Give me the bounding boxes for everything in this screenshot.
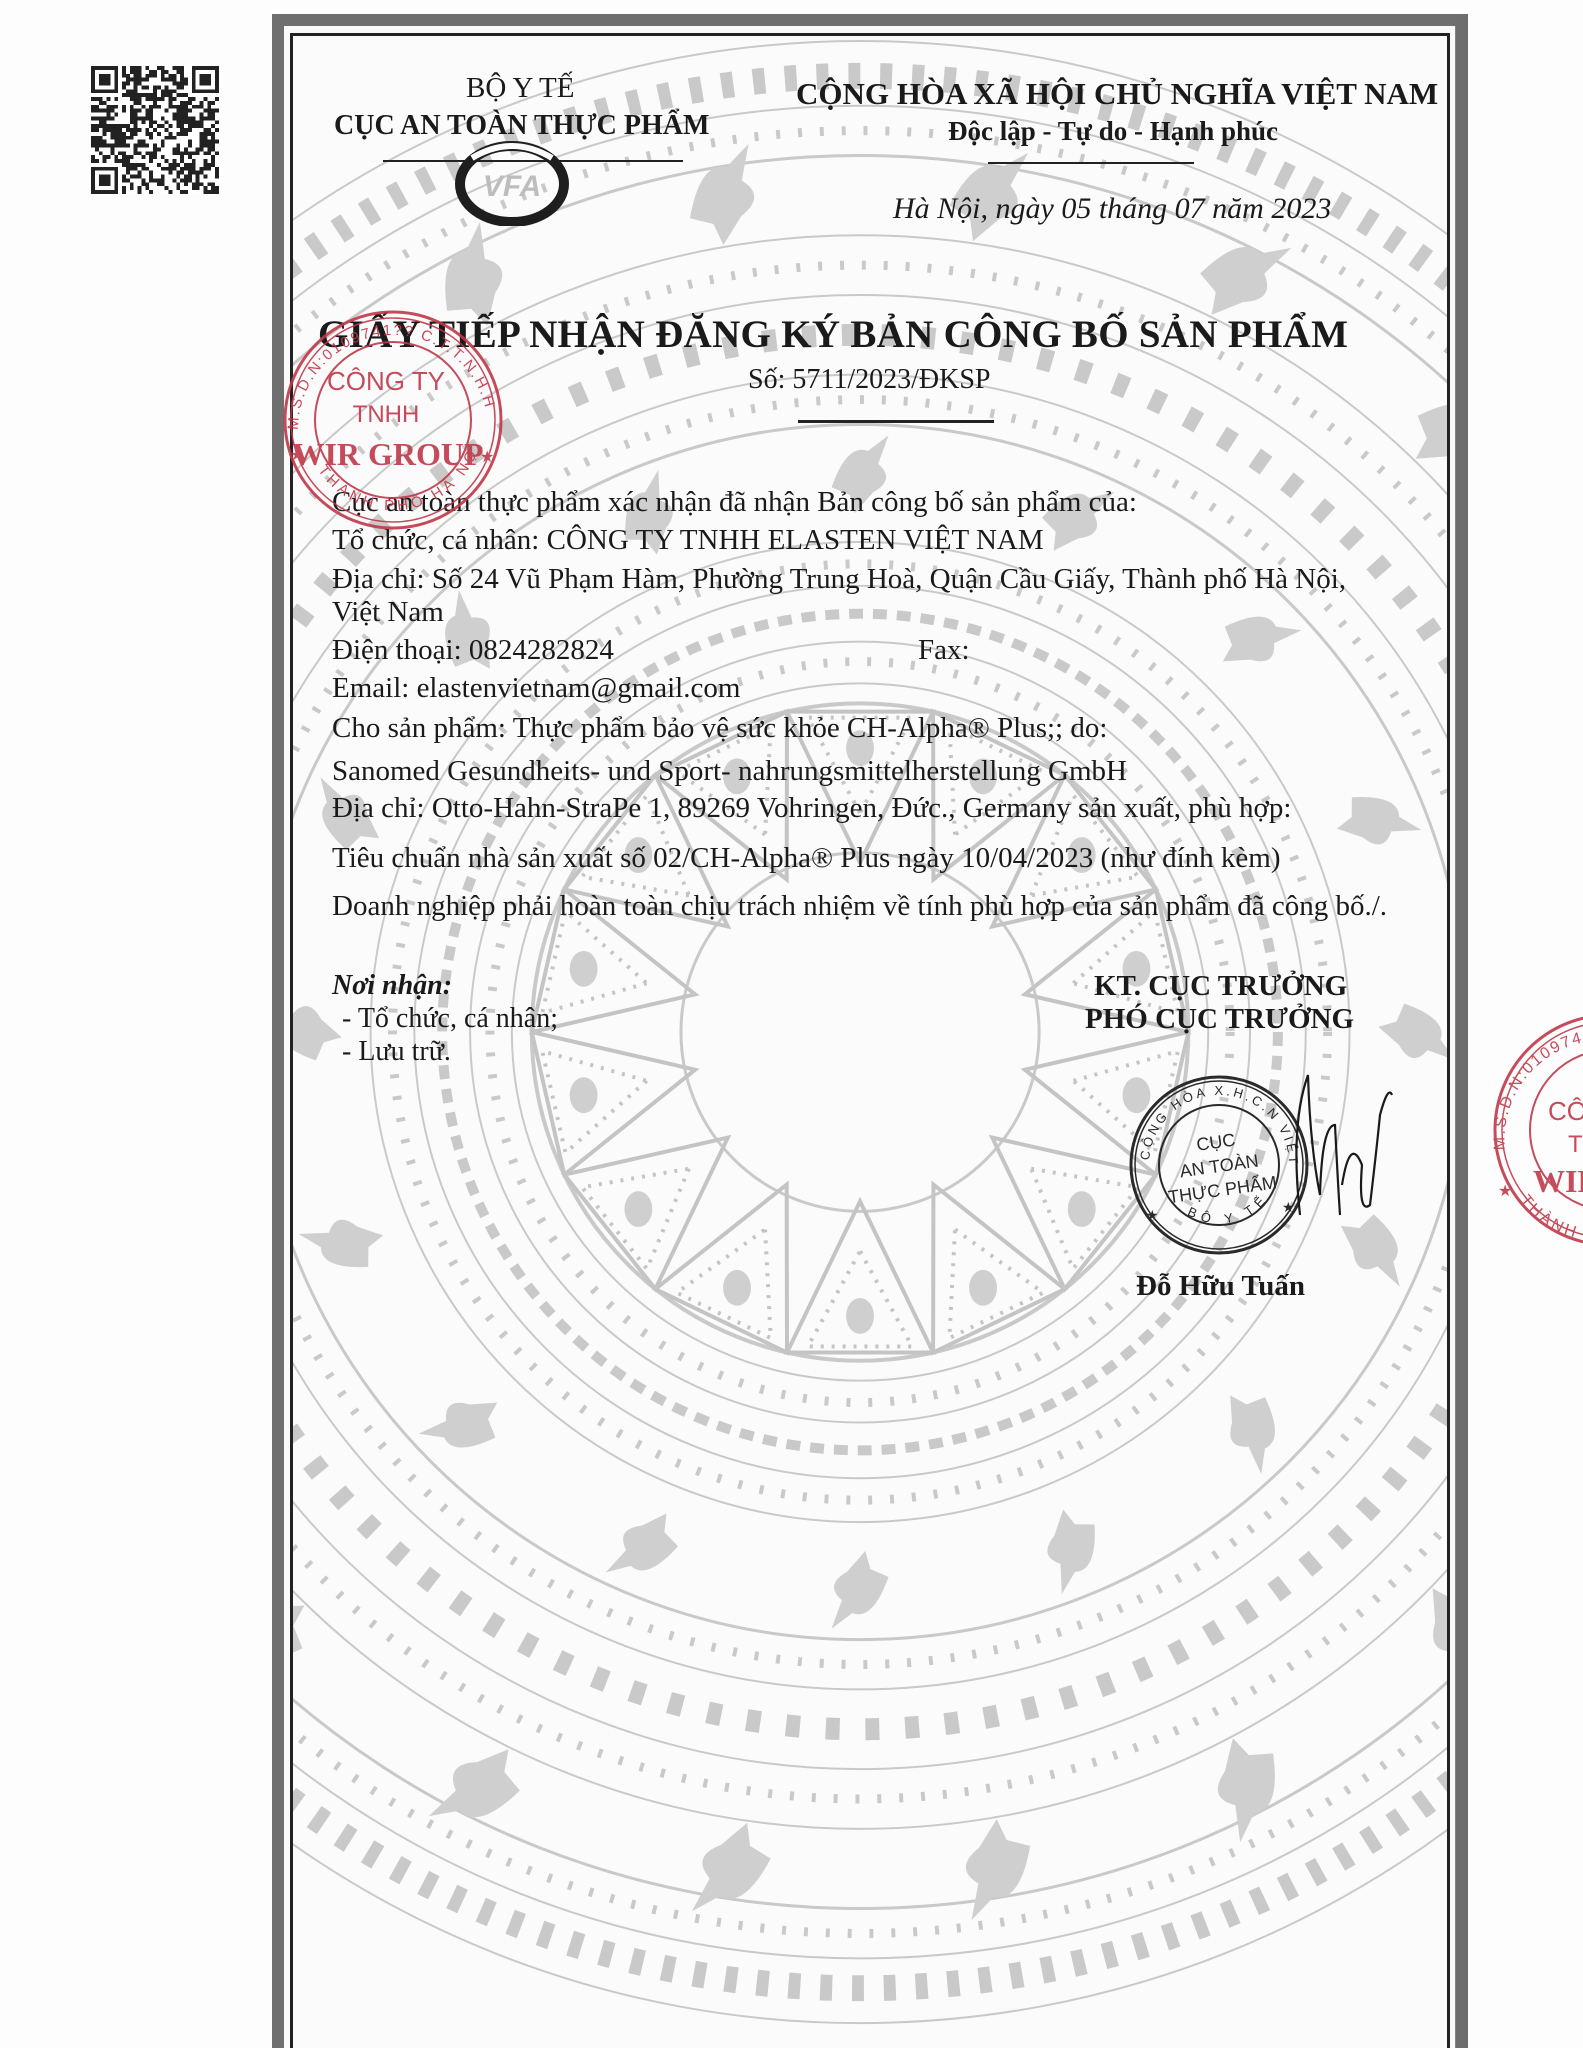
responsibility-text: Doanh nghiệp phải hoàn toàn chịu trách n… — [332, 890, 1387, 923]
svg-text:WIR GROUP: WIR GROUP — [292, 436, 483, 472]
svg-text:★: ★ — [480, 449, 494, 466]
fax-text: Fax: — [918, 634, 970, 667]
phone-text: Điện thoại: 0824282824 — [332, 634, 614, 667]
frame-right-edge — [1455, 14, 1468, 2048]
product-text: Cho sản phẩm: Thực phẩm bảo vệ sức khỏe … — [332, 712, 1107, 745]
svg-text:VFA: VFA — [483, 170, 541, 203]
header-right-divider — [988, 162, 1194, 164]
document-number: Số: 5711/2023/ĐKSP — [748, 364, 990, 396]
company-stamp: M.S.D.N:0109741?? C.T.T.N.H.H THÀNH PHỐ … — [268, 290, 518, 530]
address-line-1: Địa chỉ: Số 24 Vũ Phạm Hàm, Phường Trung… — [332, 563, 1346, 596]
svg-text:★: ★ — [1146, 1209, 1159, 1224]
recipient-item: - Tổ chức, cá nhân; — [342, 1003, 558, 1035]
svg-text:CÔN: CÔN — [1548, 1096, 1583, 1126]
svg-text:CỤC: CỤC — [1195, 1130, 1236, 1155]
svg-text:CÔNG TY: CÔNG TY — [327, 366, 445, 396]
handwritten-signature — [1280, 1065, 1410, 1235]
manufacturer-text: Sanomed Gesundheits- und Sport- nahrungs… — [332, 755, 1127, 788]
svg-text:THÀNH P: THÀNH P — [1517, 1192, 1583, 1244]
standard-text: Tiêu chuẩn nhà sản xuất số 02/CH-Alpha® … — [332, 842, 1281, 875]
address-line-2: Việt Nam — [332, 596, 444, 629]
signer-name: Đỗ Hữu Tuấn — [1136, 1270, 1305, 1303]
svg-text:TNHH: TNHH — [353, 401, 420, 428]
nation-name: CỘNG HÒA XÃ HỘI CHỦ NGHĨA VIỆT NAM — [796, 76, 1438, 112]
ministry-name: BỘ Y TẾ — [466, 72, 574, 105]
title-divider — [798, 420, 994, 423]
recipient-item: - Lưu trữ. — [342, 1036, 451, 1068]
signature-title-2: PHÓ CỤC TRƯỞNG — [1085, 1003, 1354, 1036]
recipients-title: Nơi nhận: — [332, 970, 452, 1002]
manufacturer-address-text: Địa chỉ: Otto-Hahn-StraPe 1, 89269 Vohri… — [332, 792, 1291, 825]
national-motto: Độc lập - Tự do - Hạnh phúc — [948, 116, 1278, 147]
email-text: Email: elastenvietnam@gmail.com — [332, 672, 740, 705]
svg-text:★: ★ — [290, 447, 304, 464]
signature-title-1: KT. CỤC TRƯỞNG — [1094, 970, 1347, 1003]
issue-date: Hà Nội, ngày 05 tháng 07 năm 2023 — [893, 192, 1331, 226]
company-stamp-edge: M.S.D.N:010974 THÀNH P CÔN T WIR ★ — [1450, 1000, 1583, 1260]
vfa-logo-icon: VFA — [452, 138, 572, 226]
svg-text:T: T — [1568, 1131, 1583, 1158]
svg-text:WIR: WIR — [1533, 1163, 1583, 1199]
svg-text:★: ★ — [1498, 1183, 1512, 1200]
